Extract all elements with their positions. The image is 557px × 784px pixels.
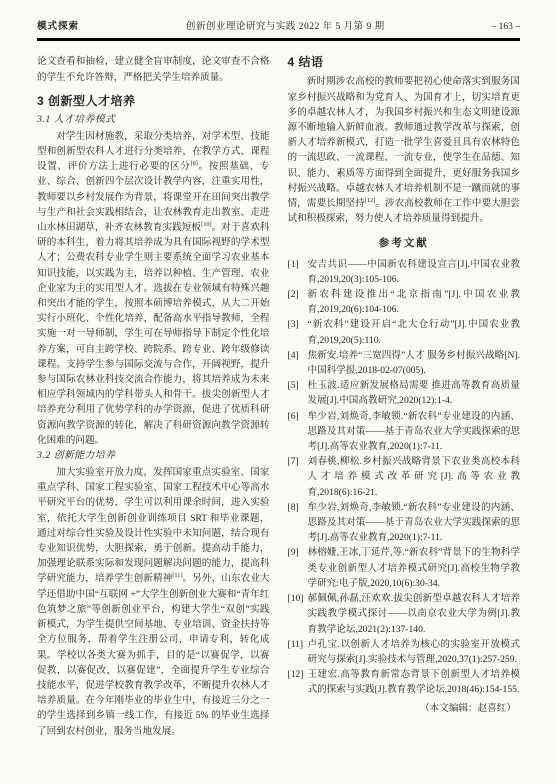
reference-item: [2]新农科建设推出“北京指南”[J].中国农业教育,2019,20(6):10… — [288, 287, 521, 317]
citation-superscript: [12] — [365, 197, 376, 204]
reference-text: 郝佩佩,孙磊,汪欢欢.拔尖创新型卓越农科人才培养实践教学模式探讨——以南京农业大… — [308, 593, 521, 634]
citation-superscript: [10] — [201, 221, 212, 228]
reference-number: [6] — [288, 409, 299, 424]
header-page-number: – 163 – — [492, 20, 521, 34]
page-header: 模式探索 创新创业理论研究与实践 2022 年 5 月第 9 期 – 163 – — [37, 20, 520, 34]
left-column: 论文查看和抽检，建立健全盲审制度，论文审查不合格的学生不允许答辩，严格把关学生培… — [37, 54, 270, 738]
body-paragraph: 论文查看和抽检，建立健全盲审制度，论文审查不合格的学生不允许答辩，严格把关学生培… — [37, 54, 270, 84]
reference-number: [11] — [288, 637, 304, 652]
header-section-label: 模式探索 — [37, 20, 79, 34]
reference-item: [1]安吉共识——中国新农科建设宣言[J].中国农业教育,2019,20(3):… — [288, 257, 521, 287]
reference-item: [8]牟少岩,刘焕奇,李敏锁.“新农科”专业建设的内涵、思路及其对策——基于青岛… — [288, 500, 521, 546]
reference-text: 王建宏.高等教育新常态背景下创新型人才培养模式的探索与实践[J].教育教学论坛,… — [308, 669, 521, 695]
reference-text: 林榕姗,王冰,丁延芹,等.“新农科”背景下的生物科学类专业创新型人才培养模式研究… — [308, 547, 521, 588]
reference-text: 新农科建设推出“北京指南”[J].中国农业教育,2019,20(6):104-1… — [308, 289, 521, 315]
citation-superscript: [8] — [191, 160, 198, 167]
subsection-heading: 3.2 创新能力培养 — [37, 449, 270, 463]
reference-number: [4] — [288, 348, 299, 363]
body-paragraph: 加大实验室开放力度，发挥国家重点实验室、国家重点学科、国家工程实验室、国家工程技… — [37, 465, 270, 739]
reference-text: 刘春桃,柳松.乡村振兴战略背景下农业类高校本科人才培养模式改革研究[J].高等农… — [308, 456, 521, 497]
reference-text: “新农科”建设开启“北大仓行动”[J].中国农业教育,2019,20(5):11… — [308, 319, 521, 345]
journal-page: 模式探索 创新创业理论研究与实践 2022 年 5 月第 9 期 – 163 –… — [0, 0, 557, 784]
reference-text: 安吉共识——中国新农科建设宣言[J].中国农业教育,2019,20(3):105… — [308, 259, 521, 285]
reference-number: [3] — [288, 317, 299, 332]
reference-number: [8] — [288, 500, 299, 515]
references-heading: 参考文献 — [288, 236, 521, 251]
reference-text: 杜玉波.适应新发展格局需要 推进高等教育高质量发展[J].中国高教研究,2020… — [308, 380, 521, 406]
header-rule — [37, 38, 520, 41]
right-column: 4 结语新时期涉农高校的教师要把初心使命落实到服务国家乡村振兴战略和为党育人、为… — [288, 54, 521, 738]
reference-text: 焦新安.培养“三宽四得”人才 服务乡村振兴战略[N].中国科学报,2018-02… — [308, 350, 521, 376]
reference-number: [10] — [288, 591, 304, 606]
reference-text: 卢孔宝.以创新人才培养为核心的实验室开放模式研究与探索[J].实验技术与管理,2… — [308, 639, 521, 665]
reference-item: [9]林榕姗,王冰,丁延芹,等.“新农科”背景下的生物科学类专业创新型人才培养模… — [288, 545, 521, 591]
body-paragraph: 对学生因材施教，采取分类培养，对学术型、技能型和创新型农科人才进行分类培养，在教… — [37, 129, 270, 448]
reference-number: [1] — [288, 257, 299, 272]
reference-text: 牟少岩,刘焕奇,李敏锁.“新农科”专业建设的内涵、思路及其对策——基于青岛农业大… — [308, 411, 521, 452]
reference-item: [4]焦新安.培养“三宽四得”人才 服务乡村振兴战略[N].中国科学报,2018… — [288, 348, 521, 378]
reference-item: [3]“新农科”建设开启“北大仓行动”[J].中国农业教育,2019,20(5)… — [288, 317, 521, 347]
reference-item: [5]杜玉波.适应新发展格局需要 推进高等教育高质量发展[J].中国高教研究,2… — [288, 378, 521, 408]
article-columns: 论文查看和抽检，建立健全盲审制度，论文审查不合格的学生不允许答辩，严格把关学生培… — [37, 54, 520, 738]
reference-text: 牟少岩,刘焕奇,李敏锁.“新农科”专业建设的内涵、思路及其对策——基于青岛农业大… — [308, 502, 521, 543]
reference-number: [2] — [288, 287, 299, 302]
editor-note: （本文编辑：赵喜红） — [288, 701, 521, 716]
body-paragraph: 新时期涉农高校的教师要把初心使命落实到服务国家乡村振兴战略和为党育人、为国育才上… — [288, 74, 521, 226]
reference-number: [7] — [288, 454, 299, 469]
reference-item: [12]王建宏.高等教育新常态背景下创新型人才培养模式的探索与实践[J].教育教… — [288, 667, 521, 697]
section-heading: 3 创新型人才培养 — [37, 94, 270, 109]
reference-item: [11]卢孔宝.以创新人才培养为核心的实验室开放模式研究与探索[J].实验技术与… — [288, 637, 521, 667]
reference-number: [12] — [288, 667, 304, 682]
reference-number: [9] — [288, 545, 299, 560]
reference-item: [6]牟少岩,刘焕奇,李敏锁.“新农科”专业建设的内涵、思路及其对策——基于青岛… — [288, 409, 521, 455]
reference-item: [7]刘春桃,柳松.乡村振兴战略背景下农业类高校本科人才培养模式改革研究[J].… — [288, 454, 521, 500]
citation-superscript: [11] — [172, 572, 182, 579]
header-journal-title: 创新创业理论研究与实践 2022 年 5 月第 9 期 — [186, 20, 385, 34]
reference-number: [5] — [288, 378, 299, 393]
section-heading: 4 结语 — [288, 55, 521, 70]
subsection-heading: 3.1 人才培养模式 — [37, 113, 270, 127]
reference-item: [10]郝佩佩,孙磊,汪欢欢.拔尖创新型卓越农科人才培养实践教学模式探讨——以南… — [288, 591, 521, 637]
